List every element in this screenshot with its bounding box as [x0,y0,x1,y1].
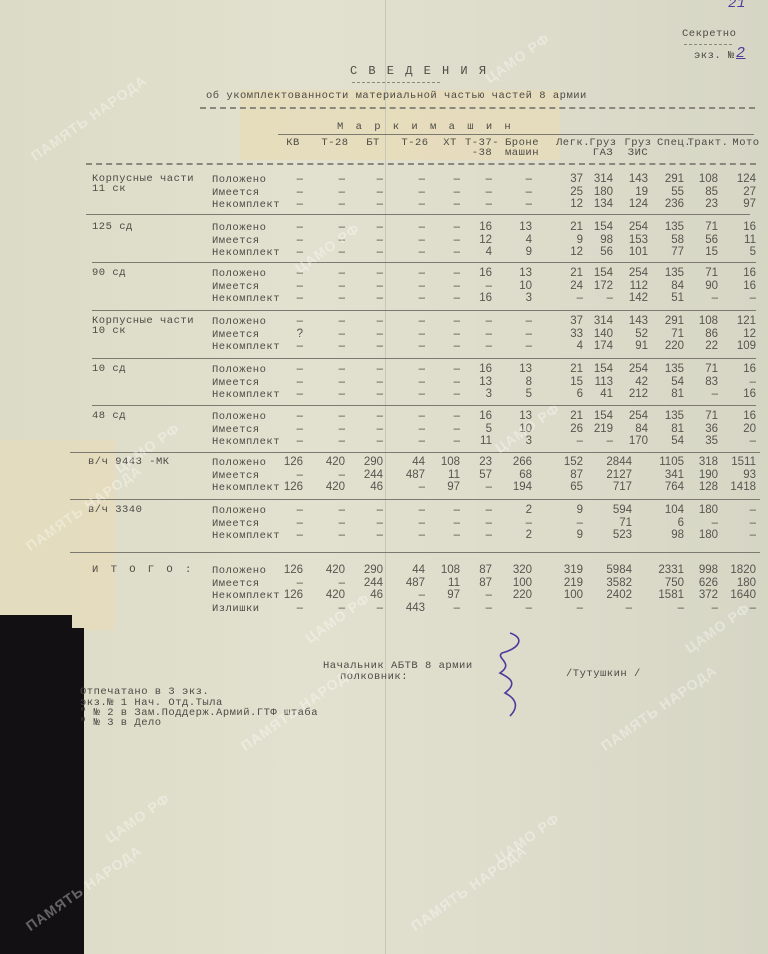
table-cell: – [389,388,425,400]
table-cell: – [424,376,460,388]
table-cell: 764 [648,481,684,493]
table-cell: – [456,173,492,185]
table-cell: – [267,221,303,233]
table-cell: 194 [496,481,532,493]
table-cell: 523 [596,529,632,541]
table-cell: 220 [648,340,684,352]
table-cell: – [424,529,460,541]
table-cell: – [424,246,460,258]
table-cell: 2331 [648,564,684,576]
table-cell: 254 [612,410,648,422]
table-cell: 109 [720,340,756,352]
column-header: Т-37- -38 [460,138,504,158]
unit-name: 90 сд [92,268,202,278]
table-cell: 13 [456,376,492,388]
unit-name: 10 сд [92,364,202,374]
table-cell: – [682,388,718,400]
table-cell: – [347,363,383,375]
table-cell: 9 [496,246,532,258]
table-cell: – [347,423,383,435]
table-cell: – [309,504,345,516]
table-cell: – [424,423,460,435]
table-cell: 100 [496,577,532,589]
table-cell: 36 [682,423,718,435]
table-cell: 319 [547,564,583,576]
table-cell: – [389,221,425,233]
divider [352,82,440,84]
table-cell: 154 [577,410,613,422]
table-cell: 126 [267,564,303,576]
table-cell: – [424,280,460,292]
table-cell: 219 [547,577,583,589]
table-cell: – [347,315,383,327]
row-label: Положено [212,364,266,376]
table-cell: 126 [267,589,303,601]
table-cell: 54 [648,376,684,388]
table-cell: 101 [612,246,648,258]
table-cell: 341 [648,469,684,481]
table-cell: 154 [577,267,613,279]
table-cell: – [496,602,532,614]
table-cell: – [496,186,532,198]
table-cell: – [424,328,460,340]
table-cell: – [347,517,383,529]
table-cell: 143 [612,173,648,185]
table-cell: – [456,589,492,601]
table-cell: – [389,363,425,375]
table-cell: 170 [612,435,648,447]
table-cell: – [389,186,425,198]
table-cell: 13 [496,363,532,375]
table-cell: 84 [612,423,648,435]
table-cell: – [267,469,303,481]
row-label: Имеется [212,235,260,247]
table-cell: – [267,388,303,400]
table-cell: 23 [682,198,718,210]
row-label: Положено [212,411,266,423]
table-cell: 86 [682,328,718,340]
table-cell: 372 [682,589,718,601]
table-cell: 68 [496,469,532,481]
table-cell: – [267,529,303,541]
table-cell: – [577,292,613,304]
table-cell: – [596,602,632,614]
table-cell: 2844 [596,456,632,468]
row-label: Положено [212,505,266,517]
table-cell: 5 [720,246,756,258]
table-cell: – [496,173,532,185]
table-cell: 1581 [648,589,684,601]
table-cell: 244 [347,469,383,481]
table-cell: – [347,376,383,388]
table-cell: – [496,517,532,529]
table-cell: – [577,435,613,447]
table-cell: 290 [347,456,383,468]
table-cell: – [309,435,345,447]
table-cell: – [456,315,492,327]
table-cell: – [267,517,303,529]
table-cell: 154 [577,363,613,375]
unit-name: Корпусные части 11 ск [92,174,202,194]
table-cell: 15 [682,246,718,258]
divider [86,163,756,166]
table-cell: 254 [612,221,648,233]
table-cell: 97 [424,481,460,493]
row-label: Имеется [212,329,260,341]
row-label: Имеется [212,281,260,293]
table-cell: – [309,388,345,400]
table-cell: 212 [612,388,648,400]
table-cell: 291 [648,315,684,327]
table-cell: – [347,292,383,304]
signature [480,628,550,718]
unit-name: в/ч 3340 [88,505,198,515]
divider [200,107,755,110]
copy-label: экз. № [694,50,735,62]
group-header: М а р к и м а ш и н [337,121,514,133]
table-cell: – [389,198,425,210]
table-cell: – [424,388,460,400]
table-cell: 9 [547,529,583,541]
table-cell: – [496,340,532,352]
table-cell: – [347,267,383,279]
table-cell: – [682,602,718,614]
signer-name: /Тутушкин / [566,668,641,680]
table-cell: – [267,410,303,422]
table-cell: 83 [682,376,718,388]
table-cell: 124 [720,173,756,185]
table-cell: – [389,376,425,388]
table-cell: 42 [612,376,648,388]
table-cell: – [424,340,460,352]
table-cell: 314 [577,315,613,327]
column-header: БТ [351,138,395,148]
table-cell: 90 [682,280,718,292]
table-cell: 98 [648,529,684,541]
table-cell: – [309,280,345,292]
table-cell: 56 [577,246,613,258]
row-label: Положено [212,316,266,328]
table-cell: – [456,340,492,352]
table-cell: 10 [496,280,532,292]
divider [684,44,732,46]
table-cell: 190 [682,469,718,481]
table-cell: 244 [347,577,383,589]
table-cell: – [267,292,303,304]
table-cell: 16 [456,292,492,304]
row-label: Положено [212,174,266,186]
table-cell: – [682,517,718,529]
table-cell: 180 [577,186,613,198]
table-cell: 93 [720,469,756,481]
table-cell: – [309,340,345,352]
table-cell: – [309,315,345,327]
table-cell: 152 [547,456,583,468]
table-cell: 108 [424,456,460,468]
table-cell: – [720,517,756,529]
table-cell: 420 [309,589,345,601]
table-cell: – [720,504,756,516]
table-cell: 16 [720,267,756,279]
table-cell: 180 [720,577,756,589]
table-cell: 13 [496,267,532,279]
table-cell: – [424,363,460,375]
row-label: Имеется [212,377,260,389]
table-cell: 142 [612,292,648,304]
table-cell: 2127 [596,469,632,481]
table-cell: 290 [347,564,383,576]
table-cell: 51 [648,292,684,304]
table-cell: 135 [648,267,684,279]
table-cell: – [389,173,425,185]
table-cell: 58 [648,234,684,246]
table-cell: – [347,280,383,292]
table-cell: 97 [720,198,756,210]
table-cell: – [496,198,532,210]
page-number: 21 [728,0,746,12]
table-cell: – [267,173,303,185]
table-cell: – [309,173,345,185]
table-cell: 87 [456,564,492,576]
table-cell: 71 [596,517,632,529]
table-cell: – [347,173,383,185]
table-cell: 104 [648,504,684,516]
table-cell: 750 [648,577,684,589]
table-cell: 35 [682,435,718,447]
table-cell: – [267,602,303,614]
table-cell: 5 [456,423,492,435]
table-cell: 19 [612,186,648,198]
document-title: С В Е Д Е Н И Я [350,64,488,78]
table-cell: – [309,376,345,388]
table-cell: 254 [612,363,648,375]
table-cell: – [347,186,383,198]
table-cell: 16 [456,410,492,422]
table-cell: – [309,363,345,375]
table-cell: 420 [309,564,345,576]
table-cell: 135 [648,363,684,375]
table-cell: – [720,292,756,304]
table-cell: – [424,435,460,447]
table-cell: – [267,198,303,210]
table-cell: 9 [547,504,583,516]
table-cell: – [547,517,583,529]
table-cell: 126 [267,456,303,468]
table-cell: – [309,577,345,589]
table-cell: ? [267,328,303,340]
table-cell: – [389,246,425,258]
header-rule [278,134,754,135]
table-cell: 487 [389,577,425,589]
table-cell: – [424,410,460,422]
table-cell: 57 [456,469,492,481]
table-cell: 41 [577,388,613,400]
table-cell: – [309,186,345,198]
table-cell: 11 [424,469,460,481]
table-cell: – [389,435,425,447]
table-cell: – [389,410,425,422]
table-cell: 16 [720,363,756,375]
table-cell: – [456,328,492,340]
table-cell: 4 [496,234,532,246]
table-cell: 81 [648,388,684,400]
table-cell: – [389,504,425,516]
table-cell: 44 [389,456,425,468]
table-cell: – [389,234,425,246]
row-label: Положено [212,457,266,469]
table-cell: 180 [682,529,718,541]
table-cell: 54 [648,435,684,447]
table-cell: – [267,504,303,516]
table-cell: 16 [720,221,756,233]
table-cell: – [389,292,425,304]
row-label: Положено [212,268,266,280]
table-cell: 71 [682,267,718,279]
table-cell: – [347,328,383,340]
table-cell: – [389,529,425,541]
table-cell: – [424,315,460,327]
table-cell: 594 [596,504,632,516]
table-cell: – [309,423,345,435]
section-divider [92,358,756,359]
table-cell: 4 [456,246,492,258]
table-cell: 13 [496,221,532,233]
table-cell: 84 [648,280,684,292]
table-cell: – [456,280,492,292]
table-cell: 16 [456,267,492,279]
table-cell: 46 [347,481,383,493]
table-cell: 56 [682,234,718,246]
table-cell: – [389,267,425,279]
table-cell: – [456,602,492,614]
table-cell: – [424,504,460,516]
table-cell: – [267,246,303,258]
table-cell: 87 [547,469,583,481]
table-cell: – [424,221,460,233]
section-divider [86,214,750,215]
row-label: Положено [212,565,266,577]
table-cell: – [424,602,460,614]
table-cell: – [267,577,303,589]
table-cell: – [347,340,383,352]
table-cell: – [267,376,303,388]
table-cell: – [456,481,492,493]
section-divider [70,499,760,500]
table-cell: 3 [496,292,532,304]
table-cell: 420 [309,456,345,468]
table-cell: – [682,292,718,304]
section-divider [92,310,756,311]
table-cell: 124 [612,198,648,210]
table-cell: 108 [682,315,718,327]
table-cell: 121 [720,315,756,327]
table-cell: 98 [577,234,613,246]
table-cell: – [267,363,303,375]
table-cell: 11 [720,234,756,246]
table-cell: – [456,186,492,198]
table-cell: 108 [682,173,718,185]
table-cell: 71 [682,221,718,233]
row-label: Имеется [212,470,260,482]
table-cell: 154 [577,221,613,233]
table-cell: – [309,517,345,529]
table-cell: 717 [596,481,632,493]
table-cell: – [496,328,532,340]
table-cell: – [456,529,492,541]
table-cell: 2402 [596,589,632,601]
column-header: Броне машин [500,138,544,158]
table-cell: 12 [720,328,756,340]
table-cell: 2 [496,529,532,541]
table-cell: 314 [577,173,613,185]
table-cell: – [267,435,303,447]
table-cell: – [496,315,532,327]
table-cell: – [389,340,425,352]
table-cell: 52 [612,328,648,340]
table-cell: 87 [456,577,492,589]
table-cell: – [720,376,756,388]
table-cell: – [424,267,460,279]
table-cell: 113 [577,376,613,388]
table-cell: 140 [577,328,613,340]
table-cell: – [547,602,583,614]
table-cell: – [267,186,303,198]
table-cell: 219 [577,423,613,435]
table-cell: – [347,388,383,400]
table-cell: 443 [389,602,425,614]
table-cell: 100 [547,589,583,601]
table-cell: 16 [720,388,756,400]
unit-name: 125 сд [92,222,202,232]
table-cell: 16 [720,410,756,422]
table-cell: 126 [267,481,303,493]
row-label: Имеется [212,518,260,530]
table-cell: 112 [612,280,648,292]
table-cell: – [347,529,383,541]
table-cell: 220 [496,589,532,601]
unit-name: И Т О Г О : [92,565,202,575]
table-cell: – [309,267,345,279]
row-label: Имеется [212,578,260,590]
table-cell: – [424,173,460,185]
table-cell: – [424,186,460,198]
table-cell: 134 [577,198,613,210]
table-cell: – [267,280,303,292]
table-cell: 12 [456,234,492,246]
table-cell: 16 [456,363,492,375]
unit-name: Корпусные части 10 ск [92,316,202,336]
table-cell: 180 [682,504,718,516]
table-cell: 20 [720,423,756,435]
table-cell: 128 [682,481,718,493]
table-cell: 318 [682,456,718,468]
table-cell: 254 [612,267,648,279]
table-cell: – [456,198,492,210]
table-cell: – [347,435,383,447]
table-cell: 236 [648,198,684,210]
table-cell: – [424,234,460,246]
table-cell: 71 [648,328,684,340]
table-cell: – [267,315,303,327]
table-cell: 71 [682,410,718,422]
table-cell: – [309,469,345,481]
table-cell: – [267,423,303,435]
table-cell: 174 [577,340,613,352]
table-cell: 420 [309,481,345,493]
unit-name: 48 сд [92,411,202,421]
table-cell: 27 [720,186,756,198]
table-cell: 23 [456,456,492,468]
